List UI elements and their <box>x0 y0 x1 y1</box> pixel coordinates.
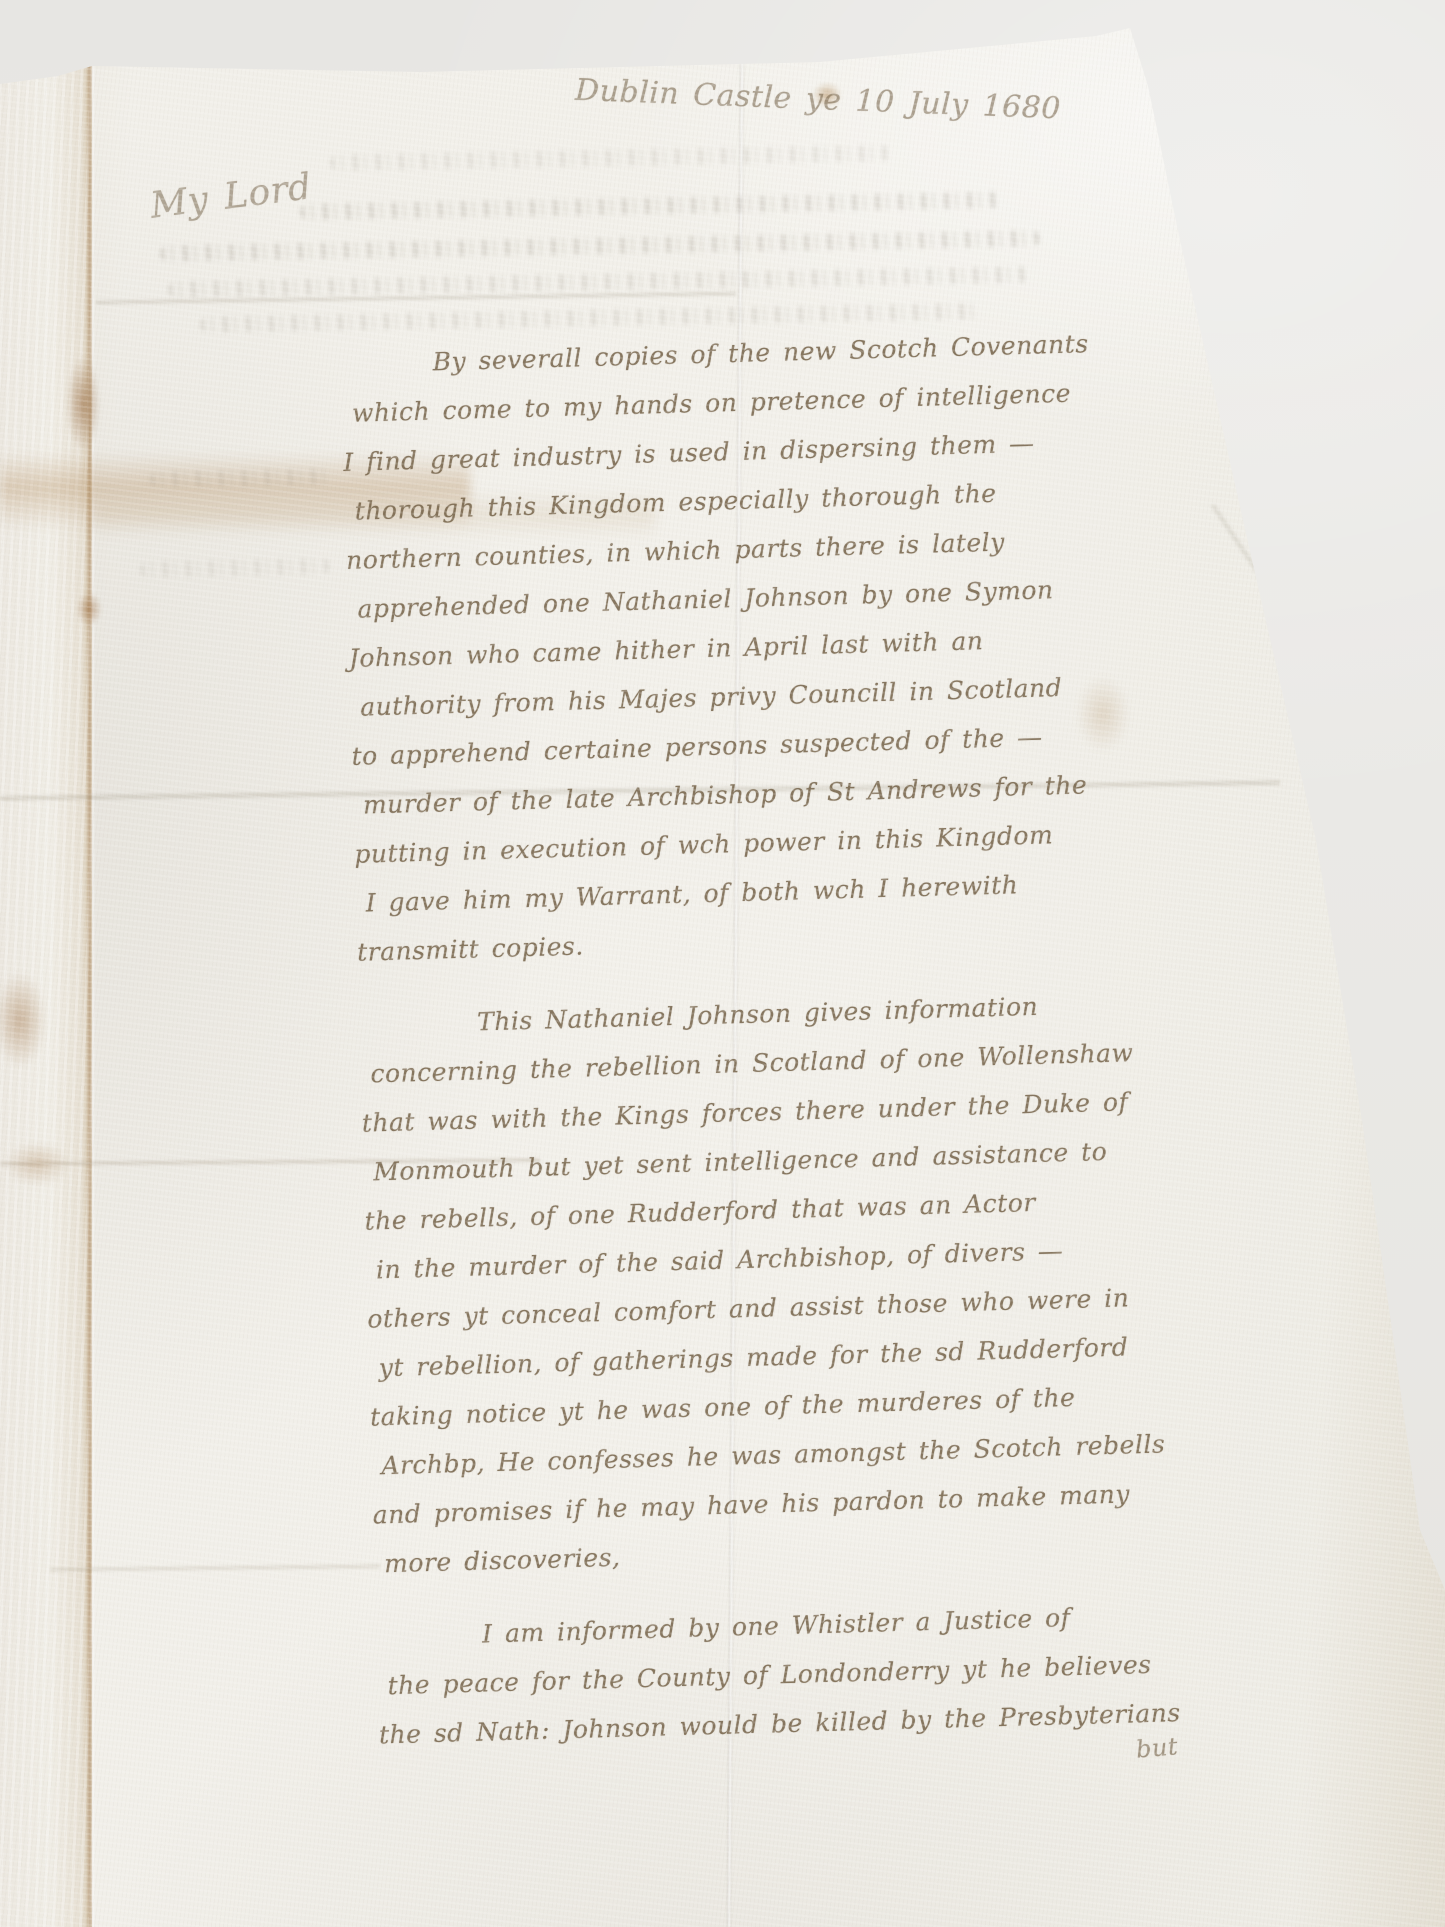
paragraph: This Nathaniel Johnson gives information… <box>358 979 1162 1589</box>
show-through-writing <box>160 230 1040 261</box>
catchword: but <box>1135 1732 1179 1764</box>
salutation: My Lord <box>148 166 314 226</box>
horizontal-crease <box>96 292 736 305</box>
dateline: Dublin Castle ye 10 July 1680 <box>575 73 1056 126</box>
show-through-writing <box>330 145 890 171</box>
letter-sheet: Dublin Castle ye 10 July 1680 My Lord By… <box>0 0 1445 1927</box>
photo-backdrop: Dublin Castle ye 10 July 1680 My Lord By… <box>0 0 1445 1927</box>
fold-crease <box>86 60 95 1927</box>
paragraph: By severall copies of the new Scotch Cov… <box>340 318 1145 977</box>
show-through-writing <box>140 558 330 577</box>
paragraph: I am informed by one Whistler a Justice … <box>376 1591 1168 1760</box>
show-through-writing <box>168 266 1028 297</box>
show-through-writing <box>300 192 1000 220</box>
show-through-writing <box>150 468 330 487</box>
folded-leaf-edge <box>0 60 92 1927</box>
diagonal-crease <box>1211 504 1399 780</box>
letter-body: By severall copies of the new Scotch Cov… <box>340 318 1168 1783</box>
horizontal-crease <box>50 1564 380 1571</box>
